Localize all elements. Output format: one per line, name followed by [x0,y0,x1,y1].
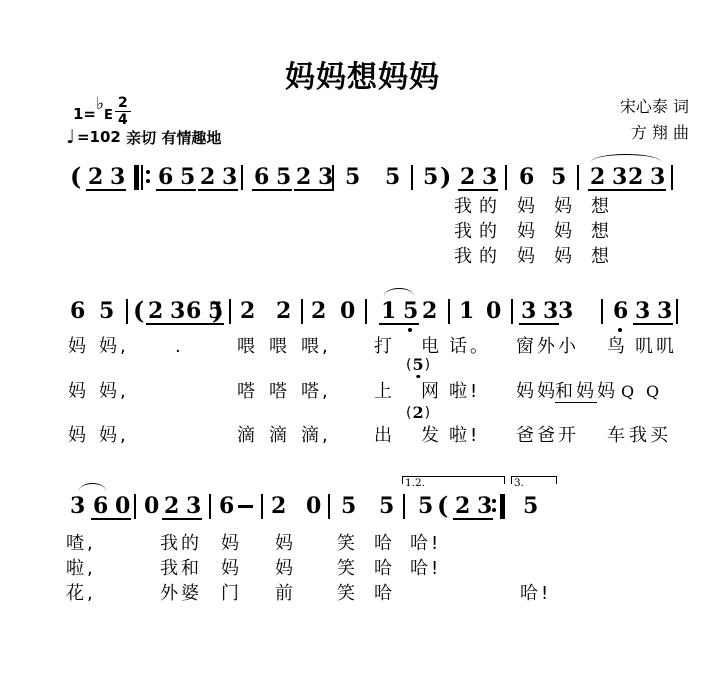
note-group: 33 [633,299,673,325]
lyric-syllable: 笑 [337,534,358,554]
note-digit: 0 [340,299,354,323]
note-digit: 2 [460,165,474,189]
note-group: 6 [217,494,235,518]
lyric-syllable: 滴 [237,426,258,446]
note-digit: 3 [318,165,332,189]
lyric-syllable: 妈 [68,426,89,446]
note-digit: 5 [341,494,355,518]
note-group: 1 [457,299,475,323]
barline [365,299,367,324]
note-digit: 1 [459,299,473,323]
time-signature: 2 4 [115,95,131,128]
lyric-syllable: 上 [374,382,395,402]
repeat-dot [492,508,496,512]
lyric-syllable: 妈 [275,534,296,554]
note-digit: 3 [170,299,184,323]
lyric-syllable: 的 [479,197,500,217]
lyric-syllable: 我的 [160,534,202,554]
parenthesis: ) [212,296,223,325]
note-group: 5 [383,165,401,189]
parenthesis: ( [133,296,144,325]
lyric-syllable: 妈 [221,534,242,554]
repeat-thick-bar [500,494,505,519]
barline [328,494,330,519]
lyric-syllable: 喂 [269,337,290,357]
note-group: 5 [421,165,439,189]
barline [403,494,405,519]
held-note-dash [238,505,253,508]
lyric-syllable: 喂, [301,337,331,357]
note-digit: 3 [477,494,491,518]
lyric-syllable: 妈 [517,222,538,242]
note-digit: 5 [385,165,399,189]
note-group: 33 [519,299,559,325]
lyric-syllable: 叽叽 [635,337,677,357]
note-group: 0 [338,299,356,323]
lyric-syllable: 妈妈 [516,382,558,402]
lyric-syllable: 妈 [554,197,575,217]
note-digit: 3 [543,299,557,323]
barline [448,299,450,324]
lyric-syllable: 网 [421,382,442,402]
note-digit: 5 [423,165,437,189]
sheet-music-page: 妈妈想妈妈 宋心泰 词 方 翔 曲 1= ♭ E 2 4 ♩ =102 亲切 有… [0,0,725,676]
tempo-marking: ♩ =102 亲切 有情趣地 [66,126,221,148]
parenthesis: ) [440,162,451,191]
barline [209,494,211,519]
note-digit: 2 [240,299,254,323]
note-digit: 2 [271,494,285,518]
slur-arc [591,154,661,162]
lyric-syllable: 妈 [517,247,538,267]
note-digit: 3 [186,494,200,518]
repeat-dots-icon [492,494,496,519]
lyric-syllable: 我 [454,197,475,217]
lyric-syllable: 哈 [374,534,395,554]
barline [411,165,413,190]
note-digit: 3 [558,299,572,323]
lyric-syllable: 哈! [410,534,441,554]
barline [301,299,303,324]
key-letter: E [104,108,113,123]
alt-close-paren: ) [425,404,430,422]
lyric-syllable: 妈, [99,426,129,446]
lyric-syllable: 我 [454,247,475,267]
note-group: 5 [343,165,361,189]
composer-credit: 方 翔 曲 [620,120,689,146]
note-digit: 6 [254,165,268,189]
note-group: 2 [309,299,327,323]
note-digit: 6 [93,494,107,518]
lyric-syllable: Q [621,382,637,402]
slur-arc [384,288,414,296]
lyric-syllable: 嗒 [269,382,290,402]
lyric-syllable: 爸爸 [516,426,558,446]
note-digit: 2 [164,494,178,518]
quarter-note-icon: ♩ [66,126,75,148]
note-group: 0 [142,494,160,518]
note-digit: 0 [306,494,320,518]
note-digit: 3 [521,299,535,323]
alternate-note: (5) [406,356,430,374]
note-digit: 3 [110,165,124,189]
lyric-syllable: 妈 [554,247,575,267]
note-group: 5 [377,494,395,518]
note-group: 23 [458,165,498,191]
note-digit: 6 [519,165,533,189]
lyric-syllable: 想 [591,197,612,217]
lyric-syllable: 我 [454,222,475,242]
lyric-syllable: Q [646,382,662,402]
lyric-syllable: 妈 [68,337,89,357]
note-group: 23 [588,165,628,191]
lyric-syllable: 打 [374,337,395,357]
note-group: 3 [556,299,574,323]
note-digit: 0 [486,299,500,323]
lyric-syllable: 门 [221,584,242,604]
note-digit: 3 [482,165,496,189]
note-group: 5 [521,494,539,518]
note-digit: 3 [612,165,626,189]
barline [601,299,603,324]
note-digit: 5 [403,299,417,323]
note-digit: 0 [115,494,129,518]
note-digit: 2 [148,299,162,323]
lyric-syllable: 出 [374,426,395,446]
note-digit: 3 [650,165,664,189]
note-group: 2 [274,299,292,323]
note-digit: 2 [311,299,325,323]
repeat-dots-icon [146,165,150,190]
note-group: 23 [453,494,493,520]
note-group: 15 [379,299,419,325]
lyric-syllable: 鸟 [607,337,628,357]
alt-open-paren: ( [406,404,411,422]
lyric-syllable: 外婆 [160,584,202,604]
note-digit: 6 [613,299,627,323]
lyric-syllable: 开 [558,426,579,446]
key-signature: 1= ♭ E 2 4 [73,96,131,128]
barline [134,494,136,519]
lyric-syllable: 妈 [221,559,242,579]
lyric-syllable: 哈! [410,559,441,579]
note-digit: 6 [70,299,84,323]
parenthesis: ( [70,162,81,191]
lyric-syllable: 和妈 [555,382,597,403]
barline [671,165,673,190]
volta-label: 1.2. [405,477,425,489]
repeat-dot [146,179,150,183]
lyric-syllable: 喳, [66,534,96,554]
lyric-syllable: 想 [591,247,612,267]
lyric-syllable: 妈, [99,337,129,357]
lyric-syllable: 笑 [337,584,358,604]
lyric-syllable: 笑 [337,559,358,579]
lyric-syllable: 妈 [517,197,538,217]
repeat-thin-bar [141,165,143,190]
lyric-syllable: 我和 [160,559,202,579]
note-digit: 2 [276,299,290,323]
lyric-syllable: 喂 [237,337,258,357]
lyric-syllable: 妈 [68,382,89,402]
note-group: 3 [68,494,86,518]
lyric-syllable: 电 [421,337,442,357]
barline [126,299,128,324]
note-digit: 5 [99,299,113,323]
parenthesis: ( [437,491,448,520]
note-digit: 5 [418,494,432,518]
note-group: 5 [97,299,115,323]
note-group: 65 [156,165,196,191]
note-digit: 3 [222,165,236,189]
repeat-dot [146,170,150,174]
lyric-syllable: 花, [66,584,96,604]
song-title: 妈妈想妈妈 [0,52,725,96]
note-digit: 5 [180,165,194,189]
lyric-syllable: 哈! [520,584,551,604]
note-digit: 6 [186,299,200,323]
repeat-dot [492,499,496,503]
note-digit: 3 [657,299,671,323]
note-group: 23 [294,165,334,191]
alt-note-digit: 2 [412,404,423,422]
barline [505,165,507,190]
barline [676,299,678,324]
lyric-syllable: 滴 [269,426,290,446]
note-digit: 2 [200,165,214,189]
slur-arc [79,483,106,491]
alt-open-paren: ( [406,356,411,374]
expression-label: 亲切 有情趣地 [126,127,221,148]
note-group: 23 [198,165,238,191]
note-group: 6 [611,299,629,323]
note-digit: 2 [296,165,310,189]
note-group: 23 [162,494,202,520]
note-group: 23 [86,165,126,191]
lyric-syllable: 妈, [99,382,129,402]
lyric-syllable: 啦, [66,559,96,579]
note-group: 5 [416,494,434,518]
barline [511,299,513,324]
lyric-syllable: 的 [479,222,500,242]
lyric-syllable: 我买 [629,426,671,446]
note-digit: 5 [551,165,565,189]
alt-note-digit: 5 [412,356,423,374]
note-digit: 2 [590,165,604,189]
lyric-syllable: . [175,337,184,357]
lyric-syllable: 嗒, [301,382,331,402]
note-group: 6 [517,165,535,189]
note-digit: 3 [635,299,649,323]
note-group: 0 [484,299,502,323]
note-digit: 5 [379,494,393,518]
volta-bracket: 3. [511,476,557,484]
note-digit: 5 [276,165,290,189]
lyric-syllable: 车 [607,426,628,446]
note-group: 0 [304,494,322,518]
note-group: 65 [252,165,292,191]
lyric-syllable: 妈 [554,222,575,242]
volta-bracket: 1.2. [402,476,505,484]
note-digit: 2 [628,165,642,189]
note-digit: 6 [158,165,172,189]
meter-numerator: 2 [115,95,131,112]
lyric-syllable: 啦! [449,426,480,446]
lyric-syllable: 哈 [374,559,395,579]
barline [229,299,231,324]
barline [261,494,263,519]
alt-close-paren: ) [425,356,430,374]
lyric-syllable: 前 [275,584,296,604]
flat-icon: ♭ [96,94,104,114]
lyric-syllable: 哈 [374,584,395,604]
note-digit: 2 [422,299,436,323]
note-digit: 0 [144,494,158,518]
note-group: 2 [269,494,287,518]
barline [332,165,334,190]
lyric-syllable: 滴, [301,426,331,446]
note-group: 23 [146,299,186,325]
lyric-syllable: 的 [479,247,500,267]
note-digit: 5 [345,165,359,189]
lyric-syllable: 话。 [449,337,491,357]
note-group: 5 [549,165,567,189]
lyric-syllable: 发 [421,426,442,446]
note-digit: 3 [70,494,84,518]
alternate-note: (2) [406,404,430,422]
lyricist-credit: 宋心泰 词 [620,94,689,120]
lyric-syllable: 妈 [597,382,618,402]
note-group: 60 [91,494,131,520]
note-digit: 2 [455,494,469,518]
lyric-syllable: 窗外小 [516,337,579,357]
key-prefix: 1= [73,105,96,123]
credits: 宋心泰 词 方 翔 曲 [620,94,689,146]
barline [577,165,579,190]
lyric-syllable: 嗒 [237,382,258,402]
lyric-syllable: 想 [591,222,612,242]
note-digit: 5 [523,494,537,518]
volta-label: 3. [514,477,524,489]
note-digit: 6 [219,494,233,518]
note-group: 2 [420,299,438,323]
lyric-syllable: 妈 [275,559,296,579]
note-digit: 2 [88,165,102,189]
lyric-syllable: 啦! [449,382,480,402]
tempo-value: =102 [77,128,121,146]
note-group: 23 [626,165,666,191]
note-group: 5 [339,494,357,518]
note-group: 2 [238,299,256,323]
note-digit: 1 [381,299,395,323]
barline [241,165,243,190]
note-group: 6 [68,299,86,323]
repeat-thick-bar [134,165,139,190]
